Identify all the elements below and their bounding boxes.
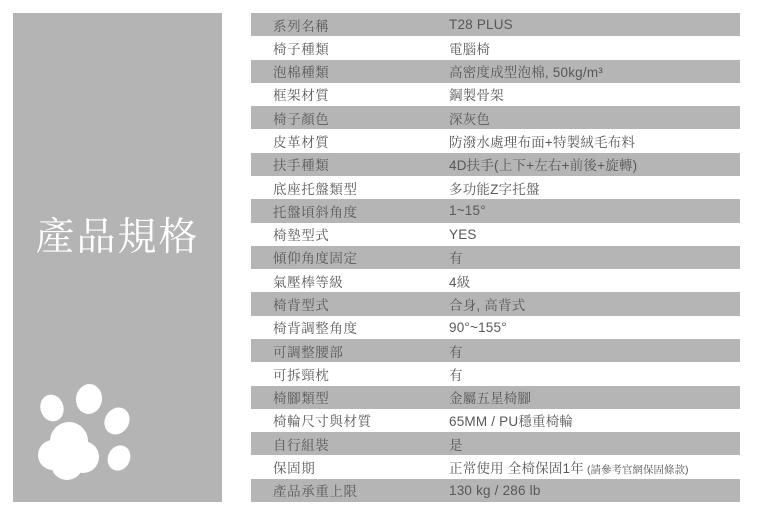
- spec-value-text: YES: [449, 227, 477, 242]
- spec-value: 是: [449, 434, 740, 454]
- spec-label: 氣壓棒等級: [251, 271, 449, 291]
- spec-value: T28 PLUS: [449, 17, 740, 32]
- table-row: 皮革材質 防潑水處理布面+特製絨毛布料: [251, 129, 740, 152]
- spec-value-text: 有: [449, 345, 463, 360]
- spec-value-text: 深灰色: [449, 112, 490, 127]
- spec-value-text: 多功能Z字托盤: [449, 182, 540, 197]
- spec-value-note: (請參考官網保固條款): [587, 464, 689, 476]
- spec-value-text: 高密度成型泡棉, 50kg/m³: [449, 65, 603, 80]
- spec-label: 椅子種類: [251, 38, 449, 58]
- spec-label: 椅背型式: [251, 294, 449, 314]
- table-row: 可拆頸枕 有: [251, 362, 740, 385]
- spec-value: 合身, 高背式: [449, 294, 740, 314]
- paw-print-icon: [25, 383, 155, 487]
- table-row: 自行組裝 是: [251, 432, 740, 455]
- table-row: 氣壓棒等級 4級: [251, 269, 740, 292]
- spec-value: 鋼製骨架: [449, 84, 740, 104]
- table-row: 椅背調整角度 90°~155°: [251, 316, 740, 339]
- spec-value: 90°~155°: [449, 320, 740, 335]
- table-row: 托盤頃斜角度 1~15°: [251, 199, 740, 222]
- spec-label: 自行組裝: [251, 434, 449, 454]
- spec-value: YES: [449, 227, 740, 242]
- spec-label: 椅墊型式: [251, 224, 449, 244]
- spec-value-text: 金屬五星椅腳: [449, 391, 531, 406]
- spec-value-text: 正常使用 全椅保固1年: [449, 461, 584, 476]
- spec-value-text: 90°~155°: [449, 320, 507, 335]
- spec-value-text: 合身, 高背式: [449, 298, 525, 313]
- spec-value-text: 130 kg / 286 lb: [449, 483, 541, 498]
- spec-value: 65MM / PU穩重椅輪: [449, 410, 740, 430]
- table-row: 保固期 正常使用 全椅保固1年(請參考官網保固條款): [251, 455, 740, 478]
- table-row: 框架材質 鋼製骨架: [251, 83, 740, 106]
- spec-label: 泡棉種類: [251, 61, 449, 81]
- table-row: 椅腳類型 金屬五星椅腳: [251, 386, 740, 409]
- spec-value: 高密度成型泡棉, 50kg/m³: [449, 61, 740, 81]
- spec-value: 1~15°: [449, 203, 740, 218]
- table-row: 椅墊型式 YES: [251, 223, 740, 246]
- spec-label: 椅輪尺寸與材質: [251, 410, 449, 430]
- spec-value-text: 4級: [449, 275, 470, 290]
- spec-value: 正常使用 全椅保固1年(請參考官網保固條款): [449, 457, 740, 477]
- spec-value-text: 是: [449, 438, 463, 453]
- table-row: 系列名稱 T28 PLUS: [251, 13, 740, 36]
- spec-value: 有: [449, 341, 740, 361]
- table-row: 泡棉種類 高密度成型泡棉, 50kg/m³: [251, 60, 740, 83]
- spec-value-text: 防潑水處理布面+特製絨毛布料: [449, 135, 635, 150]
- table-row: 產品承重上限 130 kg / 286 lb: [251, 479, 740, 502]
- spec-label: 扶手種類: [251, 154, 449, 174]
- spec-value: 防潑水處理布面+特製絨毛布料: [449, 131, 740, 151]
- spec-label: 保固期: [251, 457, 449, 477]
- spec-value-text: 電腦椅: [449, 42, 490, 57]
- spec-label: 系列名稱: [251, 15, 449, 35]
- spec-value: 電腦椅: [449, 38, 740, 58]
- spec-label: 皮革材質: [251, 131, 449, 151]
- spec-value-text: 有: [449, 368, 463, 383]
- spec-label: 椅腳類型: [251, 387, 449, 407]
- spec-label: 椅子顏色: [251, 108, 449, 128]
- spec-value: 金屬五星椅腳: [449, 387, 740, 407]
- spec-value: 深灰色: [449, 108, 740, 128]
- spec-value-text: T28 PLUS: [449, 17, 513, 32]
- page-title: 產品規格: [13, 217, 222, 260]
- table-row: 底座托盤類型 多功能Z字托盤: [251, 176, 740, 199]
- spec-label: 底座托盤類型: [251, 178, 449, 198]
- spec-label: 托盤頃斜角度: [251, 201, 449, 221]
- table-row: 椅子顏色 深灰色: [251, 106, 740, 129]
- spec-value-text: 4D扶手(上下+左右+前後+旋轉): [449, 158, 637, 173]
- spec-value: 130 kg / 286 lb: [449, 483, 740, 498]
- table-row: 椅輪尺寸與材質 65MM / PU穩重椅輪: [251, 409, 740, 432]
- spec-label: 框架材質: [251, 84, 449, 104]
- spec-label: 可調整腰部: [251, 341, 449, 361]
- spec-value-text: 1~15°: [449, 203, 486, 218]
- table-row: 扶手種類 4D扶手(上下+左右+前後+旋轉): [251, 153, 740, 176]
- spec-label: 傾仰角度固定: [251, 247, 449, 267]
- table-row: 椅子種類 電腦椅: [251, 36, 740, 59]
- table-row: 傾仰角度固定 有: [251, 246, 740, 269]
- spec-value: 有: [449, 247, 740, 267]
- spec-value-text: 鋼製骨架: [449, 88, 504, 103]
- spec-value-text: 有: [449, 251, 463, 266]
- spec-value-text: 65MM / PU穩重椅輪: [449, 414, 573, 429]
- spec-value: 4級: [449, 271, 740, 291]
- table-row: 可調整腰部 有: [251, 339, 740, 362]
- product-spec-panel: 產品規格: [13, 13, 222, 502]
- spec-value: 有: [449, 364, 740, 384]
- spec-label: 椅背調整角度: [251, 317, 449, 337]
- spec-label: 可拆頸枕: [251, 364, 449, 384]
- table-row: 椅背型式 合身, 高背式: [251, 292, 740, 315]
- spec-value: 多功能Z字托盤: [449, 178, 740, 198]
- spec-label: 產品承重上限: [251, 480, 449, 500]
- spec-table: 系列名稱 T28 PLUS 椅子種類 電腦椅 泡棉種類 高密度成型泡棉, 50k…: [251, 13, 740, 502]
- spec-value: 4D扶手(上下+左右+前後+旋轉): [449, 154, 740, 174]
